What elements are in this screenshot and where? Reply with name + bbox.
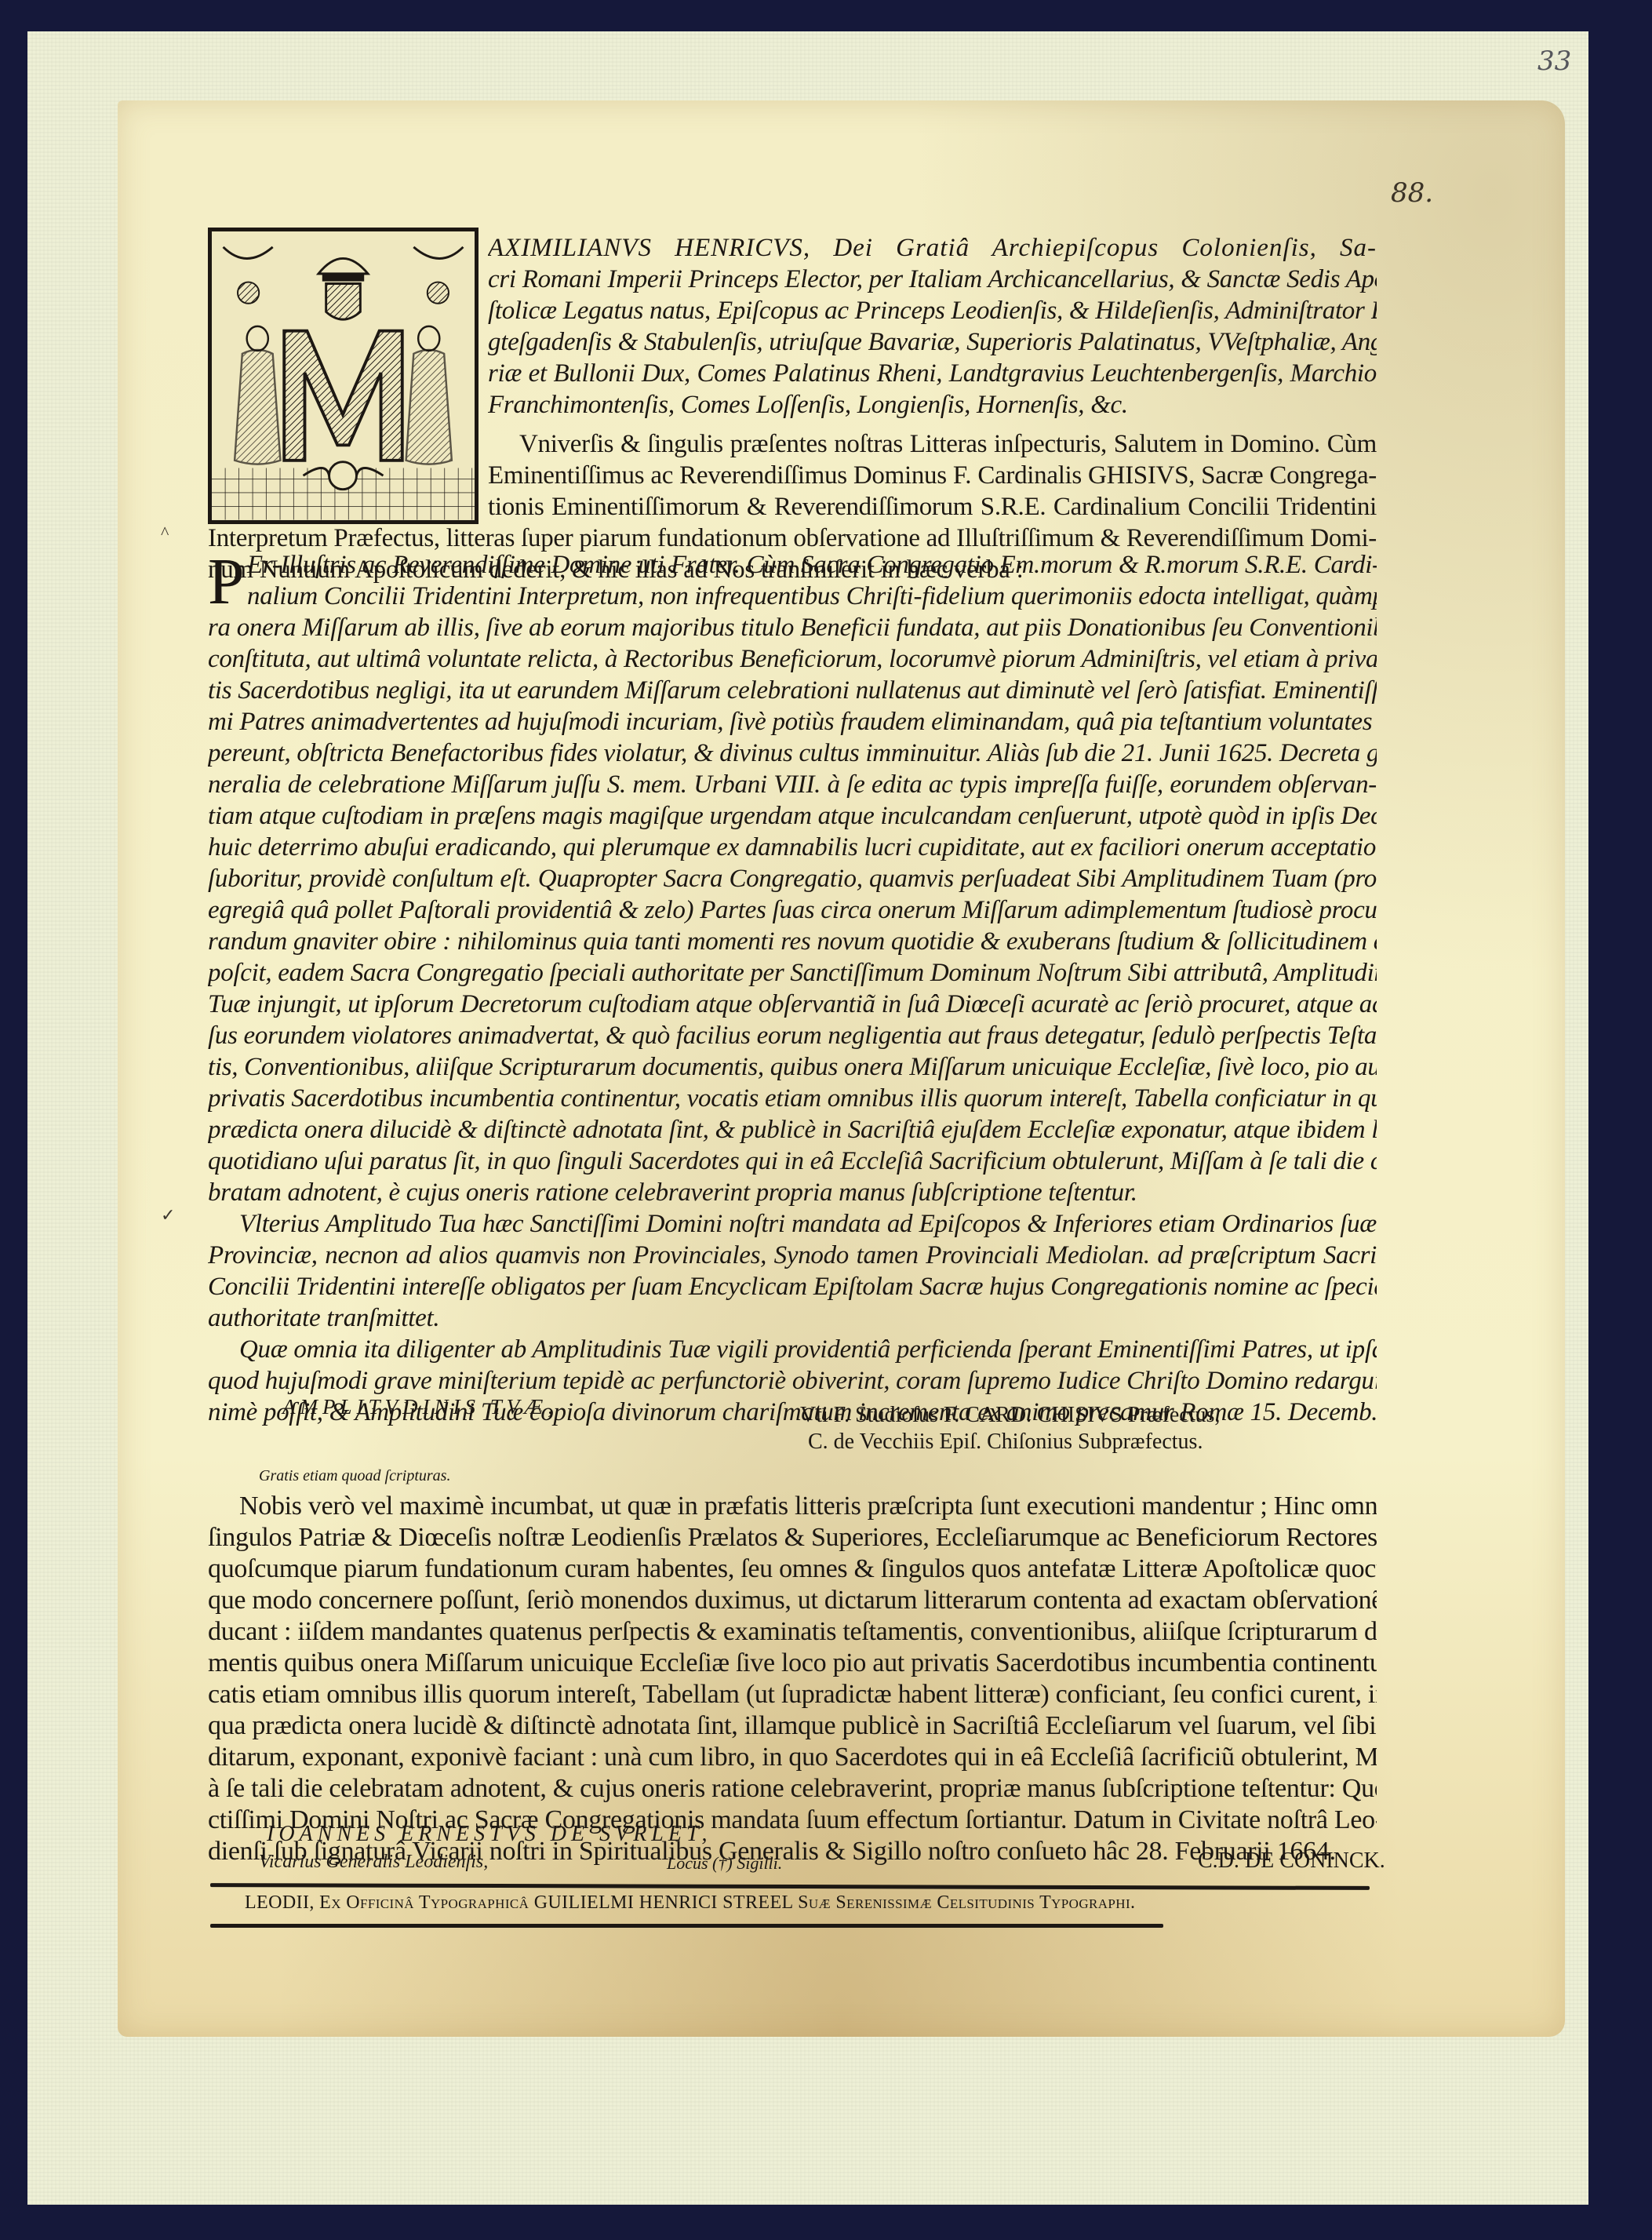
congregation-letter: Er-Illuſtris ac Reverendiſſime Domine ut… (208, 549, 1377, 1428)
letter-line: huic deterrimo abuſui eradicando, qui pl… (208, 832, 1377, 863)
salutation-line: Eminentiſſimus ac Reverendiſſimus Dominu… (488, 460, 1377, 491)
letter-line: nalium Concilii Tridentini Interpretum, … (208, 581, 1377, 612)
letter-line: mi Patres animadvertentes ad hujuſmodi i… (208, 706, 1377, 738)
salutation-line: tionis Eminentiſſimorum & Reverendiſſimo… (488, 491, 1377, 523)
decree-line: ducant : iiſdem mandantes quatenus perſp… (208, 1616, 1377, 1648)
letter-line: ſus eorundem violatores animadvertat, & … (208, 1020, 1377, 1051)
decree-line: catis etiam omnibus illis quorum intereſ… (208, 1679, 1377, 1710)
roman-salutation: AMPLITVDINIS TVÆ, (282, 1395, 558, 1419)
title-line: gteſgadenſis & Stabulenſis, utriuſque Ba… (488, 326, 1377, 358)
ulterius-line: Vlterius Amplitudo Tua hæc Sanctiſſimi D… (208, 1208, 1377, 1240)
letter-line: randum gnaviter obire : nihilominus quia… (208, 926, 1377, 957)
letter-line: ra onera Miſſarum ab illis, ſive ab eoru… (208, 612, 1377, 643)
letter-line: privatis Sacerdotibus incumbentia contin… (208, 1083, 1377, 1114)
decree-line: à ſe tali die celebratam adnotent, & cuj… (208, 1773, 1377, 1805)
ulterius-line: Provinciæ, necnon ad alios quamvis non P… (208, 1240, 1377, 1271)
decree-line: ſingulos Patriæ & Diœceſis noſtræ Leodie… (208, 1522, 1377, 1553)
vicar-general-title: Vicarius Generalis Leodienſis, (259, 1852, 488, 1873)
letter-line: neralia de celebratione Miſſarum juſſu S… (208, 769, 1377, 800)
letter-line: egregiâ quâ pollet Paſtorali providentiâ… (208, 894, 1377, 926)
decree-line: quoſcumque piarum fundationum curam habe… (208, 1553, 1377, 1585)
letter-line: tis Sacerdotibus negligi, ita ut earunde… (208, 675, 1377, 706)
decree-line: qua prædicta onera lucidè & diſtinctè ad… (208, 1710, 1377, 1742)
ulterius-line: authoritate tranſmittet. (208, 1302, 1377, 1334)
letter-line: bratam adnotent, è cujus oneris ratione … (208, 1177, 1377, 1208)
liege-decree: Nobis verò vel maximè incumbat, ut quæ i… (208, 1491, 1377, 1867)
margin-mark: ^ (161, 523, 169, 543)
letter-line: ſuboritur, providè conſultum eſt. Quapro… (208, 863, 1377, 894)
salutation-line: Vniverſis & ſingulis præſentes noſtras L… (488, 428, 1377, 460)
title-line: AXIMILIANVS HENRICVS, Dei Gratiâ Archiep… (488, 232, 1377, 264)
quae-line: Quæ omnia ita diligenter ab Amplitudinis… (208, 1334, 1377, 1365)
letter-line: prædicta onera dilucidè & diſtinctè adno… (208, 1114, 1377, 1145)
title-line: Franchimontenſis, Comes Loſſenſis, Longi… (488, 389, 1377, 421)
letter-line: quotidiano uſui paratus ſit, in quo ſing… (208, 1145, 1377, 1177)
letter-line: conſtituta, aut ultimâ voluntate relicta… (208, 643, 1377, 675)
title-line: ſtolicæ Legatus natus, Epiſcopus ac Prin… (488, 295, 1377, 326)
decree-line: mentis quibus onera Miſſarum unicuique E… (208, 1648, 1377, 1679)
letter-line: tiam atque cuſtodiam in præſens magis ma… (208, 800, 1377, 832)
title-line: cri Romani Imperii Princeps Elector, per… (488, 264, 1377, 295)
title-line: riæ et Bullonii Dux, Comes Palatinus Rhe… (488, 358, 1377, 389)
prefect-signature: Vti F. Studioſus F. CARD. CHISIVS Præfec… (800, 1403, 1220, 1428)
quae-line: quod hujuſmodi grave miniſterium tepidè … (208, 1365, 1377, 1397)
folio-number-pencil: 33 (1537, 46, 1571, 77)
countersignature: C.D. DE CONINCK. (1198, 1848, 1385, 1874)
letter-line: Er-Illuſtris ac Reverendiſſime Domine ut… (208, 549, 1377, 581)
salutation-block: Vniverſis & ſingulis præſentes noſtras L… (488, 428, 1377, 523)
printer-imprint: LEODII, Ex Officinâ Typographicâ GUILIEL… (245, 1892, 1135, 1914)
vicar-general-name: IOANNES ERNESTVS DE SVRLET, (267, 1822, 711, 1847)
imprint-rule-bottom (210, 1924, 1163, 1928)
seal-place: Locus (†) Sigilli. (667, 1853, 782, 1874)
decree-line: Nobis verò vel maximè incumbat, ut quæ i… (208, 1491, 1377, 1522)
title-block: AXIMILIANVS HENRICVS, Dei Gratiâ Archiep… (488, 232, 1377, 421)
woodcut-initial-m-icon (208, 228, 478, 524)
letter-line: Tuæ injungit, ut ipſorum Decretorum cuſt… (208, 989, 1377, 1020)
letter-line: poſcit, eadem Sacra Congregatio ſpeciali… (208, 957, 1377, 989)
decree-line: que modo concernere poſſunt, ſeriò monen… (208, 1585, 1377, 1616)
decree-line: ditarum, exponant, exponivè faciant : un… (208, 1742, 1377, 1773)
folio-number-ink: 88. (1391, 177, 1433, 209)
letter-line: pereunt, obſtricta Benefactoribus fides … (208, 738, 1377, 769)
letter-line: tis, Conventionibus, aliiſque Scripturar… (208, 1051, 1377, 1083)
ulterius-line: Concilii Tridentini intereſſe obligatos … (208, 1271, 1377, 1302)
gratis-note: Gratis etiam quoad ſcripturas. (259, 1467, 450, 1485)
subprefect-signature: C. de Vecchiis Epiſ. Chiſonius Subpræfec… (808, 1430, 1203, 1455)
margin-mark: ✓ (161, 1205, 175, 1226)
